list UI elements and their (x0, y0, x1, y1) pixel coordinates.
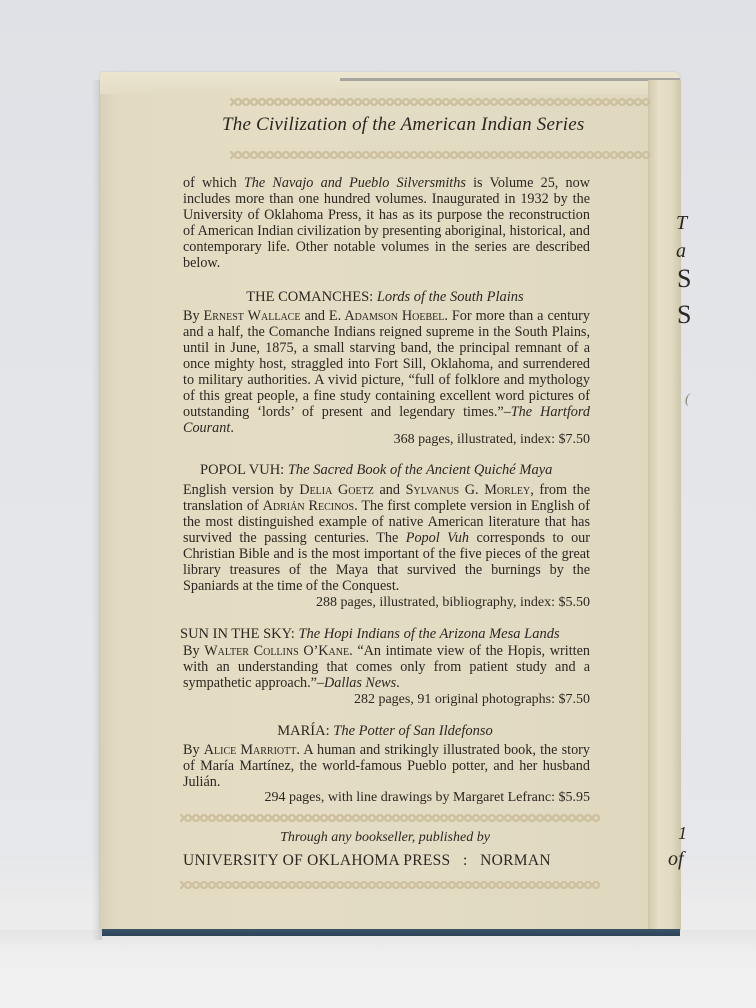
book-title: SUN IN THE SKY (180, 626, 291, 642)
spine-letter: ( (685, 392, 690, 408)
and-text: and (300, 308, 328, 324)
book-board-edge (102, 929, 680, 936)
price-line-maria: 294 pages, with line drawings by Margare… (183, 790, 590, 806)
ornament-border-under-title (230, 150, 650, 160)
by-prefix: By (183, 308, 204, 324)
series-title: The Civilization of the American Indian … (100, 114, 680, 136)
italic-reference: Popol Vuh (406, 530, 469, 546)
book-subtitle: The Potter of San Ildefonso (333, 723, 493, 739)
book-subtitle: The Sacred Book of the Ancient Quiché Ma… (288, 462, 553, 478)
author-name: Walter Collins O’Kane (204, 643, 349, 659)
separator: : (463, 852, 468, 869)
book-description-popol-vuh: English version by Delia Goetz and Sylva… (183, 482, 590, 594)
intro-lead: of which (183, 175, 244, 191)
spine-letter: S (677, 264, 691, 294)
price-line-popol-vuh: 288 pages, illustrated, bibliography, in… (183, 595, 590, 611)
ornament-border-footer-top (180, 813, 600, 823)
price-line-sun-in-the-sky: 282 pages, 91 original photographs: $7.5… (183, 692, 590, 708)
author-name: Alice Marriott (204, 742, 297, 758)
book-description-maria: By Alice Marriott. A human and strikingl… (183, 742, 590, 790)
publisher-city: NORMAN (480, 852, 551, 869)
spine-letter: S (677, 300, 691, 330)
by-prefix: By (183, 643, 204, 659)
spine-fold (648, 80, 681, 930)
ornament-border-top (230, 97, 650, 107)
board-top-edge (340, 78, 680, 81)
intro-book-title: The Navajo and Pueblo Silversmiths (244, 175, 466, 191)
book-title: THE COMANCHES (246, 289, 369, 305)
intro-paragraph: of which The Navajo and Pueblo Silversmi… (183, 175, 590, 271)
book-description-comanches: By Ernest Wallace and E. Adamson Hoebel.… (183, 308, 590, 436)
book-heading-comanches: THE COMANCHES: Lords of the South Plains (160, 289, 610, 306)
publisher-name: UNIVERSITY OF OKLAHOMA PRESS (183, 852, 450, 869)
book-subtitle: Lords of the South Plains (377, 289, 524, 305)
spine-letter: T (676, 212, 687, 235)
book-title: MARÍA (277, 723, 325, 739)
author-name: E. Adamson Hoebel (329, 308, 444, 324)
by-prefix: English version by (183, 482, 299, 498)
book-heading-popol-vuh: POPOL VUH: The Sacred Book of the Ancien… (200, 462, 650, 479)
spine-letter: a (676, 240, 686, 263)
ornament-border-footer-bottom (180, 880, 600, 890)
author-name: Ernest Wallace (204, 308, 301, 324)
spine-letter: 1 (678, 823, 687, 844)
by-prefix: By (183, 742, 204, 758)
through-bookseller-text: Through any bookseller, published by (160, 830, 610, 846)
publisher-line: UNIVERSITY OF OKLAHOMA PRESS : NORMAN (183, 852, 590, 870)
translator-name: Adrián Recinos (263, 498, 354, 514)
book-description-sun-in-the-sky: By Walter Collins O’Kane. “An intimate v… (183, 643, 590, 691)
book-subtitle: The Hopi Indians of the Arizona Mesa Lan… (298, 626, 559, 642)
price-line-comanches: 368 pages, illustrated, index: $7.50 (183, 432, 590, 448)
author-name: Sylvanus G. Morley (406, 482, 531, 498)
review-source: Dallas News (324, 675, 396, 691)
and-text: and (374, 482, 406, 498)
book-heading-sun-in-the-sky: SUN IN THE SKY: The Hopi Indians of the … (180, 626, 630, 643)
book-heading-maria: MARÍA: The Potter of San Ildefonso (160, 723, 610, 740)
table-surface (0, 930, 756, 1008)
book-title: POPOL VUH (200, 462, 280, 478)
spine-letter: of (668, 848, 684, 871)
author-name: Delia Goetz (299, 482, 373, 498)
